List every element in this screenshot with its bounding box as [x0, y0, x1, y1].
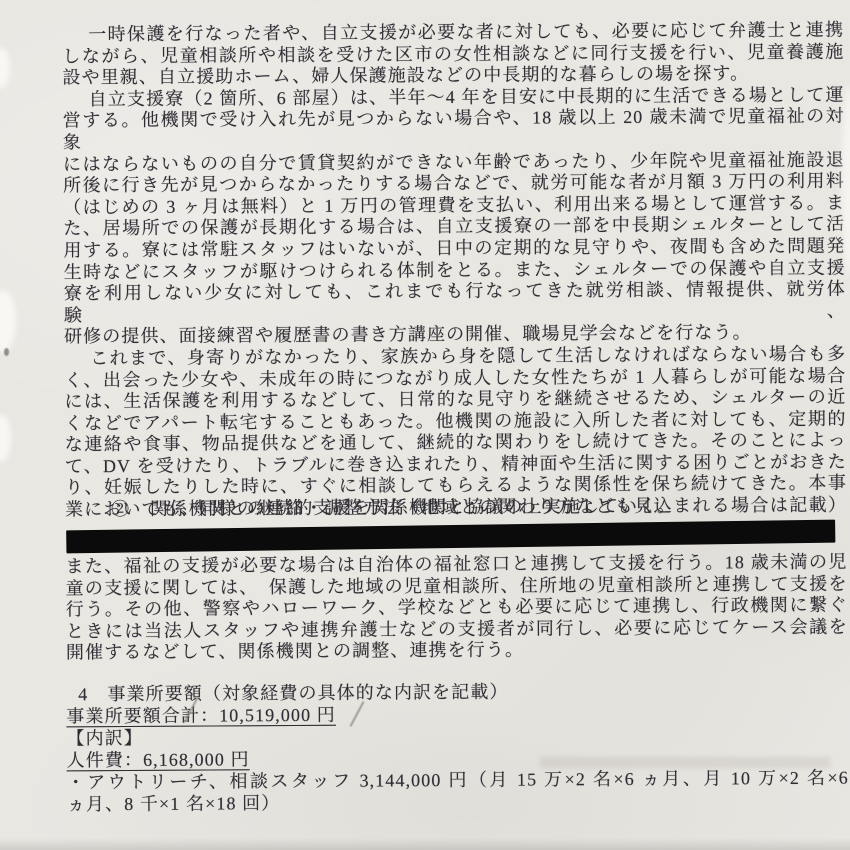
budget-total-text: 事業所要額合計：10,519,000 円 [66, 705, 336, 727]
scanned-document-page: 一時保護を行なった者や、自立支援が必要な者に対しても、必要に応じて弁護士と連携 … [0, 0, 850, 850]
budget-detail-line: ヵ月、8 千×1 名×18 回） [67, 789, 849, 816]
body-line: 開催するなどして、関係機関との調整、連携を行う。 [66, 638, 848, 664]
paragraph-1: 一時保護を行なった者や、自立支援が必要な者に対しても、必要に応じて弁護士と連携 … [62, 20, 844, 90]
section-2-heading: ② 関係機関との連絡・調整方法（地域との関わり方なども見込まれる場合は記載） [65, 495, 847, 521]
paragraph-2: 自立支援寮（2 箇所、6 部屋）は、半年～4 年を目安に中長期的に生活できる場と… [63, 84, 847, 348]
body-line: 営する。他機関で受け入れ先が見つからない場合や、18 歳以上 20 歳未満で児童… [63, 106, 845, 154]
document-body: 一時保護を行なった者や、自立支援が必要な者に対しても、必要に応じて弁護士と連携 … [62, 0, 844, 2]
scan-artifact [0, 48, 10, 88]
personnel-cost-text: 人件費：6,168,000 円 [67, 749, 250, 770]
scan-edge-shadow [0, 838, 850, 850]
section-4-budget: 4 事業所要額（対象経費の具体的な内訳を記載） 事業所要額合計：10,519,0… [66, 679, 849, 816]
redaction-bar [66, 520, 835, 554]
scan-artifact [842, 85, 850, 275]
scan-artifact [0, 414, 11, 462]
paragraph-4: また、福祉の支援が必要な場合は自治体の福祉窓口と連携して支援を行う。18 歳未満… [65, 552, 848, 665]
scan-artifact [4, 348, 9, 356]
scan-artifact [0, 290, 16, 352]
body-line: 寮を利用しない少女に対しても、これまでも行なってきた就労相談、情報提供、就労体験… [64, 279, 846, 327]
scan-artifact [540, 757, 830, 768]
main-text-block: 一時保護を行なった者や、自立支援が必要な者に対しても、必要に応じて弁護士と連携 … [62, 20, 847, 521]
